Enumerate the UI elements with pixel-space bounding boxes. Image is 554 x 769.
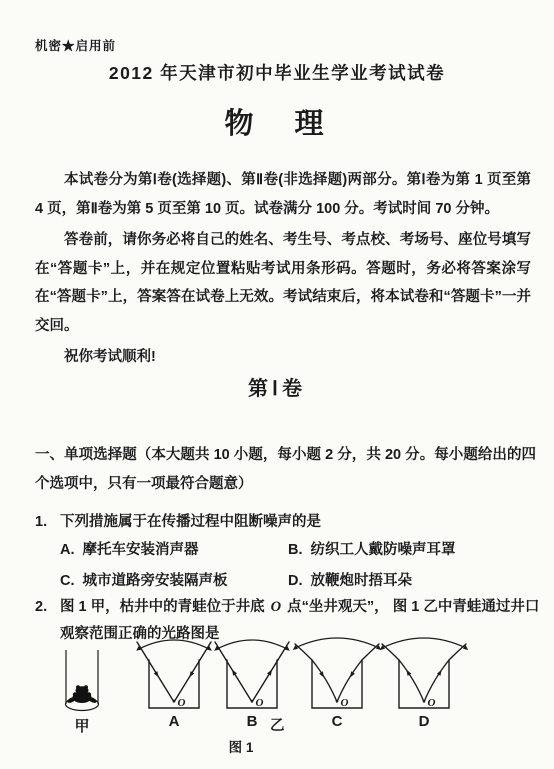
- instructions-paragraph-structure: 本试卷分为第Ⅰ卷(选择题)、第Ⅱ卷(非选择题)两部分。第Ⅰ卷为第 1 页至第 4…: [35, 166, 531, 223]
- label-option-a: A: [129, 713, 219, 730]
- figure1-option-a: O A: [129, 634, 219, 730]
- question-1-text: 下列措施属于在传播过程中阻断噪声的是: [60, 514, 321, 530]
- label-o: O: [256, 697, 264, 709]
- exam-instructions: 本试卷分为第Ⅰ卷(选择题)、第Ⅱ卷(非选择题)两部分。第Ⅰ卷为第 1 页至第 4…: [35, 166, 531, 375]
- option-d-text: 放鞭炮时捂耳朵: [311, 573, 413, 589]
- exam-paper-page: 机密★启用前 2012 年天津市初中毕业生学业考试试卷 物 理 本试卷分为第Ⅰ卷…: [0, 0, 554, 769]
- question-1-options: A.摩托车安装消声器 B.纺织工人戴防噪声耳罩 C.城市道路旁安装隔声板 D.放…: [60, 538, 532, 590]
- light-path-diagram-a: O: [129, 634, 219, 716]
- option-a-text: 摩托车安装消声器: [83, 542, 199, 558]
- light-path-diagram-c: O: [292, 634, 382, 716]
- figure-1: 甲 O A: [0, 630, 554, 769]
- label-option-d: D: [379, 713, 469, 730]
- option-a-label: A.: [60, 542, 75, 558]
- label-jia: 甲: [51, 715, 113, 736]
- figure1-option-d: O D: [379, 634, 469, 730]
- light-path-diagram-d: O: [379, 634, 469, 716]
- label-o: O: [341, 697, 349, 709]
- option-b: B.纺织工人戴防噪声耳罩: [288, 538, 532, 559]
- label-yi: 乙: [270, 714, 285, 735]
- subject-title: 物 理: [0, 101, 554, 142]
- option-b-text: 纺织工人戴防噪声耳罩: [311, 542, 456, 558]
- question-2-number: 2.: [35, 594, 47, 621]
- volume-one-heading: 第Ⅰ卷: [0, 372, 554, 401]
- question-2-text-before: 图 1 甲，枯井中的青蛙位于井底: [60, 599, 269, 615]
- point-o-inline: O: [269, 599, 283, 615]
- figure-1-caption: 图 1: [191, 736, 291, 756]
- option-d-label: D.: [288, 573, 303, 589]
- question-1-number: 1.: [35, 509, 47, 536]
- option-d: D.放鞭炮时捂耳朵: [288, 569, 532, 590]
- instructions-paragraph-answer-card: 答卷前，请你务必将自己的姓名、考生号、考点校、考场号、座位号填写在“答题卡”上，…: [35, 226, 531, 340]
- option-b-label: B.: [288, 542, 303, 558]
- option-c: C.城市道路旁安装隔声板: [60, 569, 288, 590]
- light-path-diagram-b: O: [207, 634, 297, 716]
- section-one-heading: 一、单项选择题（本大题共 10 小题，每小题 2 分，共 20 分。每小题给出的…: [35, 441, 536, 499]
- frog-silhouette-icon: [66, 685, 97, 704]
- well-with-frog-diagram: [51, 646, 113, 718]
- figure1-well-scene: 甲: [51, 646, 113, 736]
- figure1-option-c: O C: [292, 634, 382, 730]
- option-c-label: C.: [60, 573, 75, 589]
- option-a: A.摩托车安装消声器: [60, 538, 288, 559]
- option-c-text: 城市道路旁安装隔声板: [83, 573, 228, 589]
- exam-title: 2012 年天津市初中毕业生学业考试试卷: [0, 60, 554, 85]
- label-option-c: C: [292, 713, 382, 730]
- good-luck-line: 祝你考试顺利!: [35, 343, 531, 372]
- label-o: O: [178, 697, 186, 709]
- question-1: 1. 下列措施属于在传播过程中阻断噪声的是: [35, 509, 540, 536]
- classification-mark: 机密★启用前: [35, 36, 116, 54]
- label-o: O: [428, 697, 436, 709]
